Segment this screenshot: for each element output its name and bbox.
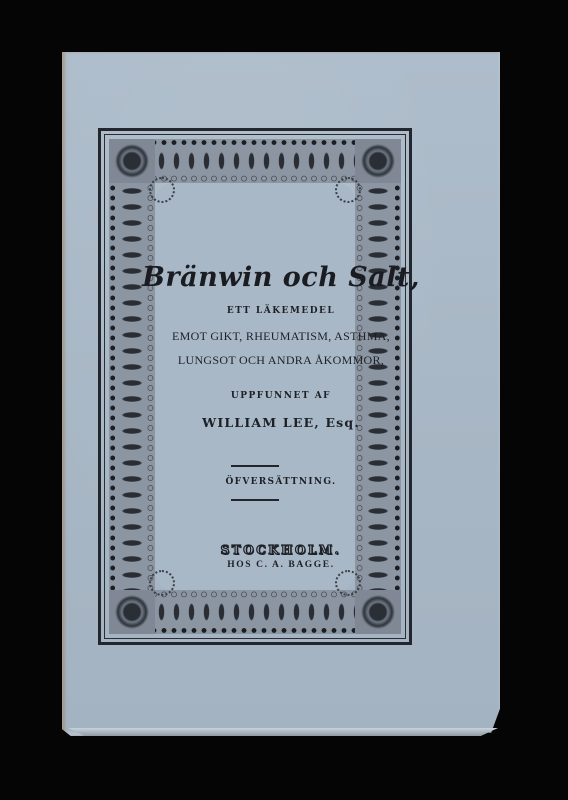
subtitle-line-3: LUNGSOT OCH ANDRA ÅKOMMOR,: [62, 353, 500, 368]
corner-ornament-icon: [355, 139, 401, 183]
ornament-band-left: [109, 183, 155, 590]
publication-place: STOCKHOLM.: [62, 543, 500, 557]
corner-ornament-icon: [109, 139, 155, 183]
divider-rule: [231, 465, 279, 467]
ring-ornament-icon: [335, 570, 361, 596]
corner-ornament-icon: [355, 590, 401, 634]
title-panel: [155, 183, 355, 590]
ring-ornament-icon: [149, 177, 175, 203]
ornament-band-right: [355, 183, 401, 590]
divider-rule: [231, 499, 279, 501]
cover-edge: [68, 728, 498, 736]
ring-ornament-icon: [149, 570, 175, 596]
subtitle-line-2: EMOT GIKT, RHEUMATISM, ASTHMA,: [62, 329, 500, 344]
corner-ornament-icon: [109, 590, 155, 634]
ring-ornament-icon: [335, 177, 361, 203]
author-name: WILLIAM LEE, Esq.: [62, 415, 500, 430]
publisher: HOS C. A. BAGGE.: [62, 560, 500, 570]
translation-note: ÖFVERSÄTTNING.: [62, 477, 500, 487]
invented-by-label: UPPFUNNET AF: [62, 391, 500, 401]
book-title: Bränwin och Salt,: [62, 262, 500, 293]
subtitle-line-1: ETT LÄKEMEDEL: [62, 306, 500, 316]
